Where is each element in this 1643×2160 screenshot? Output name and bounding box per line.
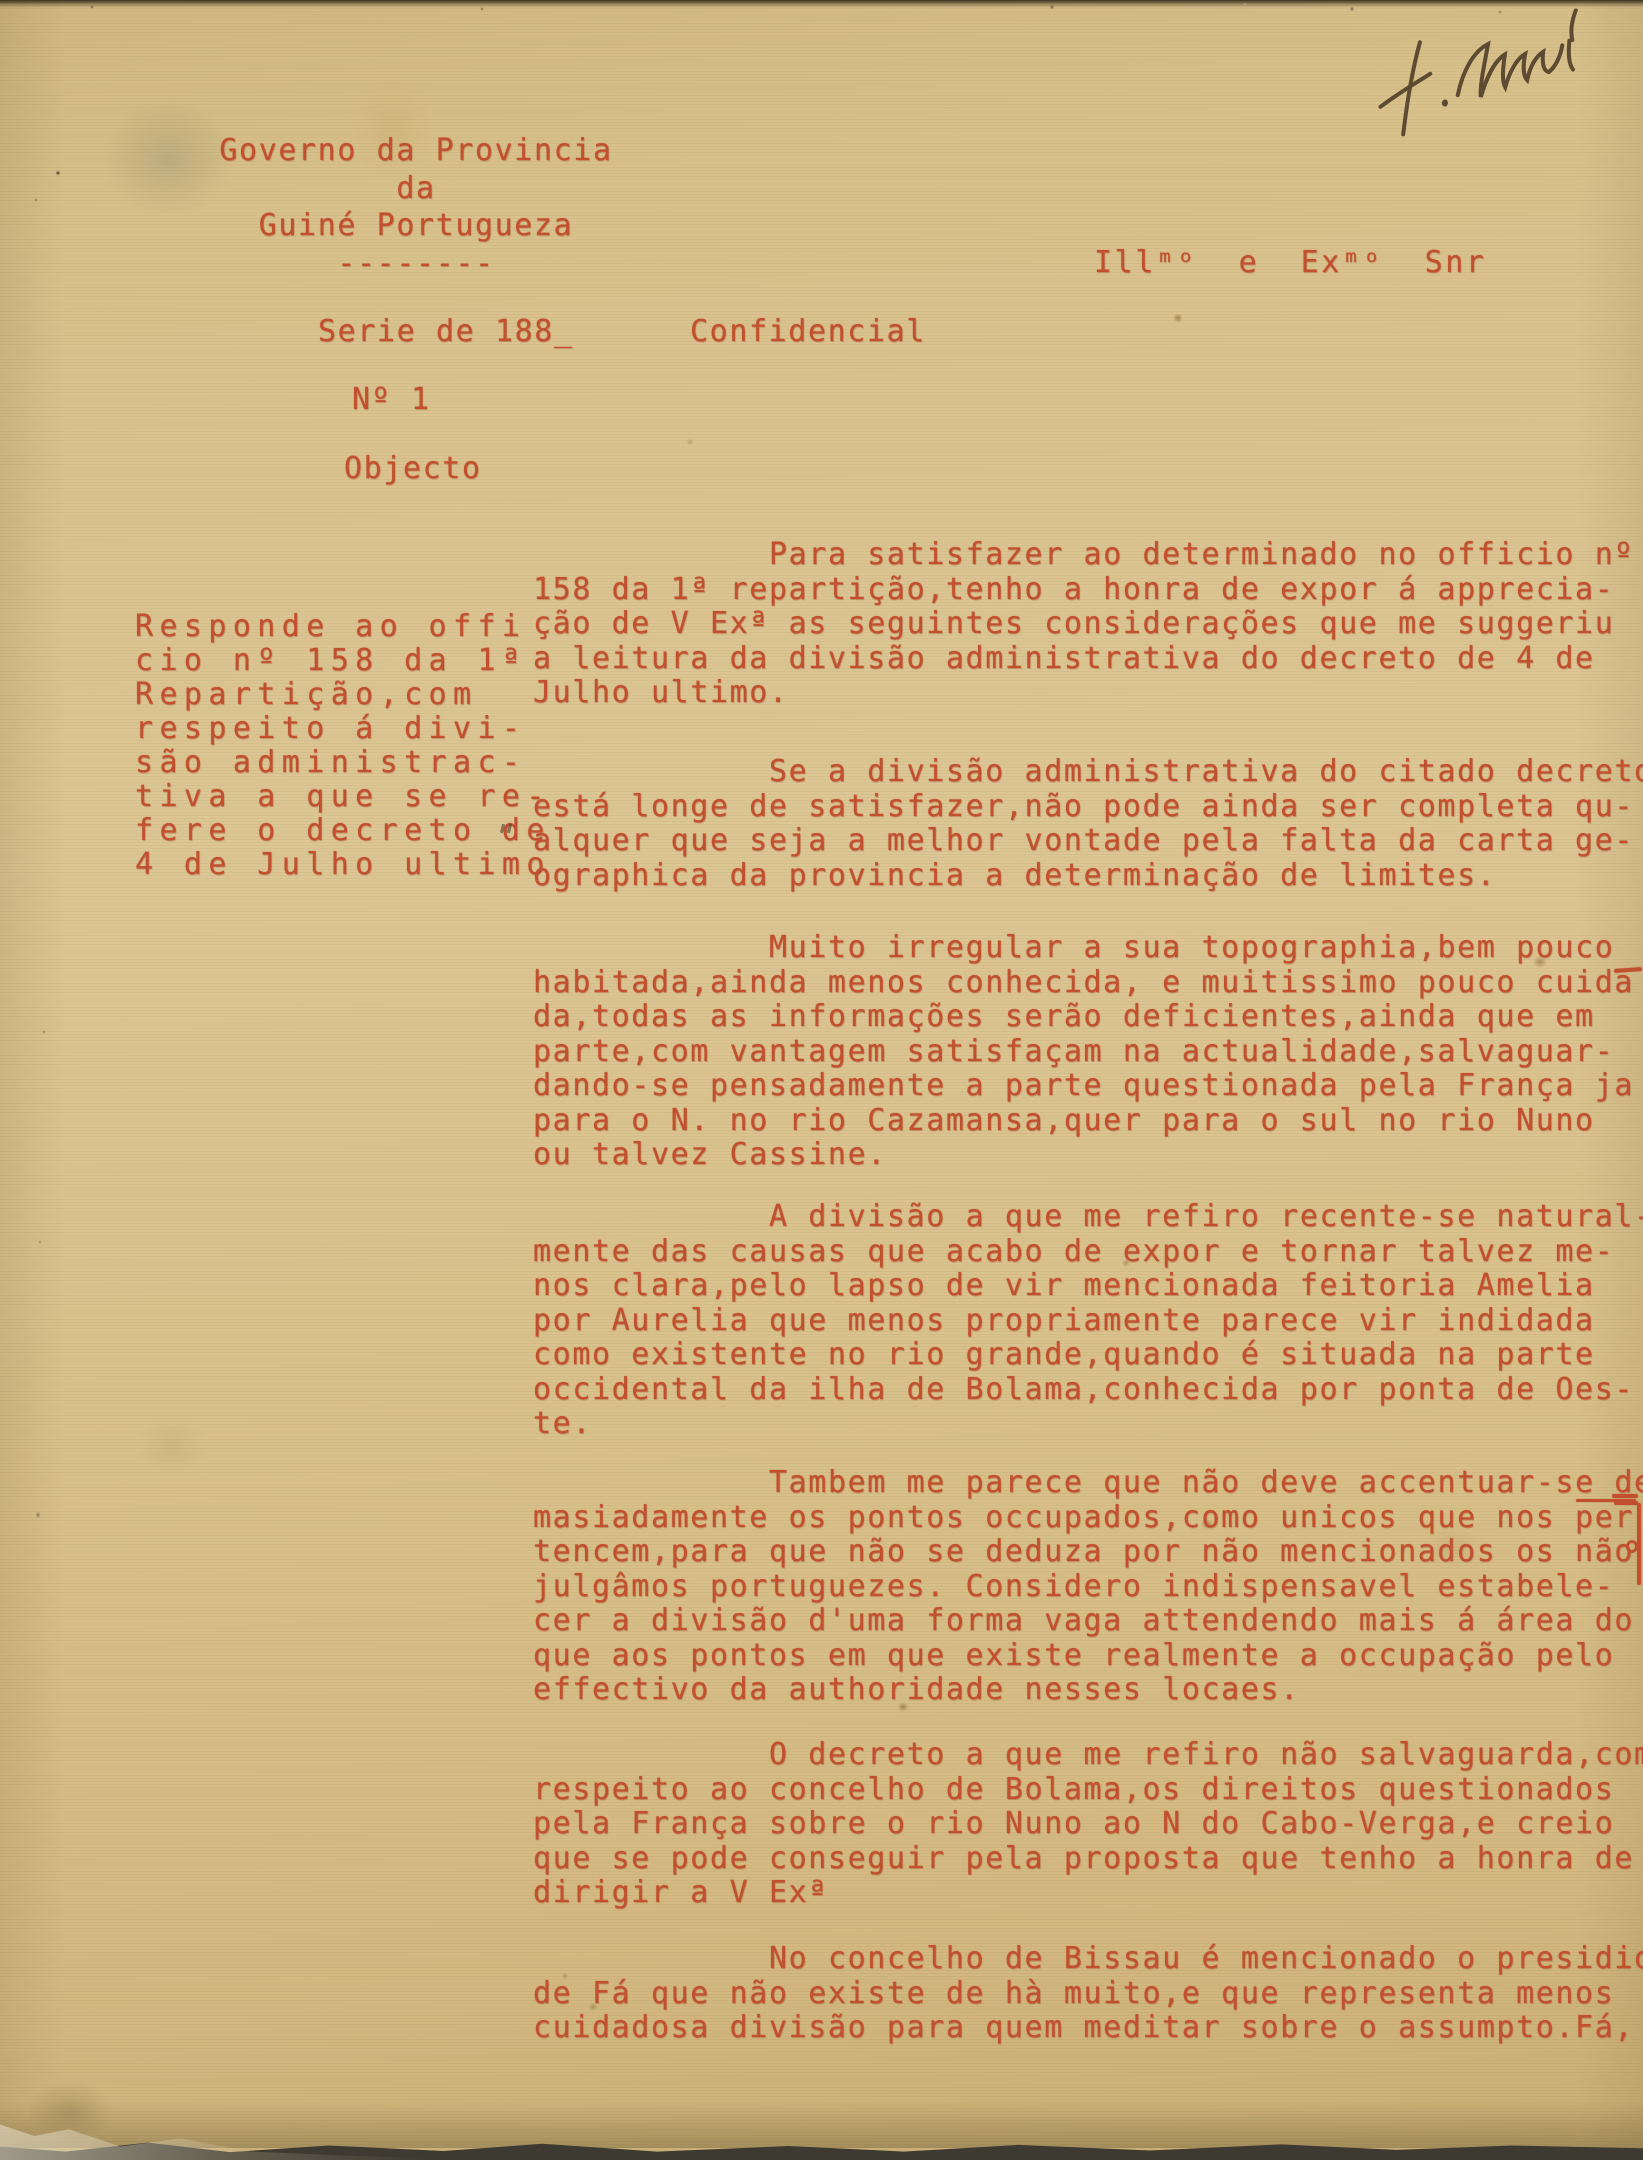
scan-bottom-edge [0, 2132, 1643, 2160]
body-paragraph-5: Tambem me parece que não deve accentuar-… [533, 1466, 1643, 1708]
series-label: Serie de 188_ [318, 315, 574, 350]
body-paragraph-3: Muito irregular a sua topographia,bem po… [533, 931, 1643, 1173]
scanned-letter-page: Governo da Provincia da Guiné Portugueza… [0, 0, 1643, 2160]
margin-overflow-equals [1612, 1494, 1638, 1498]
document-number: Nº 1 [352, 383, 431, 418]
handwritten-initials-signature [1356, 0, 1636, 162]
body-paragraph-4: A divisão a que me refiro recente-se nat… [533, 1200, 1643, 1442]
classification-label: Confidencial [690, 315, 926, 350]
paper-bottom-shadow [0, 2102, 1643, 2148]
body-paragraph-2: Se a divisão administrativa do citado de… [533, 755, 1643, 893]
body-paragraph-1: Para satisfazer ao determinado no offici… [533, 538, 1643, 711]
letterhead-office: Governo da Provincia da Guiné Portugueza… [196, 132, 636, 282]
margin-overflow-o-mark [1626, 1540, 1638, 1553]
object-label: Objecto [344, 452, 482, 487]
body-paragraph-6: O decreto a que me refiro não salvaguard… [533, 1738, 1643, 1911]
body-paragraph-7: No concelho de Bissau é mencionado o pre… [533, 1942, 1643, 2046]
paper-top-edge [0, 0, 1643, 8]
margin-summary-note: Responde ao offi cio nº 158 da 1ª Repart… [135, 610, 551, 882]
torn-paper-highlight [0, 2112, 430, 2160]
margin-overflow-overline [1576, 1499, 1636, 1502]
addressee-salutation: Illᵐᵒ e Exᵐᵒ Snr [1094, 246, 1487, 281]
